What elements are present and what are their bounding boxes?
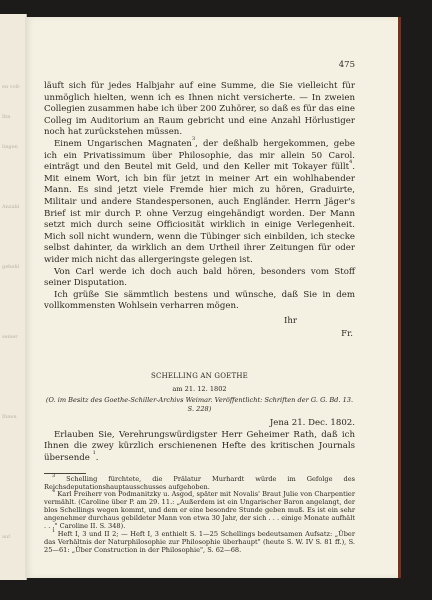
paragraph: Einem Ungarischen Magnaten3, der deßhalb… [44, 139, 355, 267]
letter-date: am 21. 12. 1802 [44, 384, 355, 396]
paragraph: läuft sich für jedes Halbjahr auf eine S… [44, 81, 355, 139]
signature: Fr. [44, 329, 355, 341]
footnote: 1 Heft I, 3 und II 2; — Heft I, 3 enthie… [44, 531, 355, 555]
letter-heading: SCHELLING AN GOETHE [44, 371, 355, 383]
facing-page-edge: en voll- Ihn lingen Anzahl gebehl seiner… [0, 14, 27, 580]
main-text: läuft sich für jedes Halbjahr auf eine S… [44, 81, 355, 555]
book-page: 475 läuft sich für jedes Halbjahr auf ei… [25, 17, 400, 578]
page-edge [398, 17, 401, 578]
paragraph: Ich grüße Sie sämmtlich bestens und wüns… [44, 290, 355, 313]
letter-source-note: (O. im Besitz des Goethe-Schiller-Archiv… [44, 396, 355, 413]
footnote: 4 Karl Freiherr von Podmanitzky u. Asgod… [44, 491, 355, 531]
footnotes: 3 Schelling fürchtete, die Prälatur Murh… [44, 476, 355, 555]
footnote-divider [44, 473, 86, 474]
dateline: Jena 21. Dec. 1802. [44, 418, 355, 430]
paragraph: Erlauben Sie, Verehrungswürdigster Herr … [44, 430, 355, 465]
paragraph: Von Carl werde ich doch auch bald hören,… [44, 267, 355, 290]
closing: Ihr [44, 316, 355, 328]
page-number: 475 [339, 60, 355, 70]
